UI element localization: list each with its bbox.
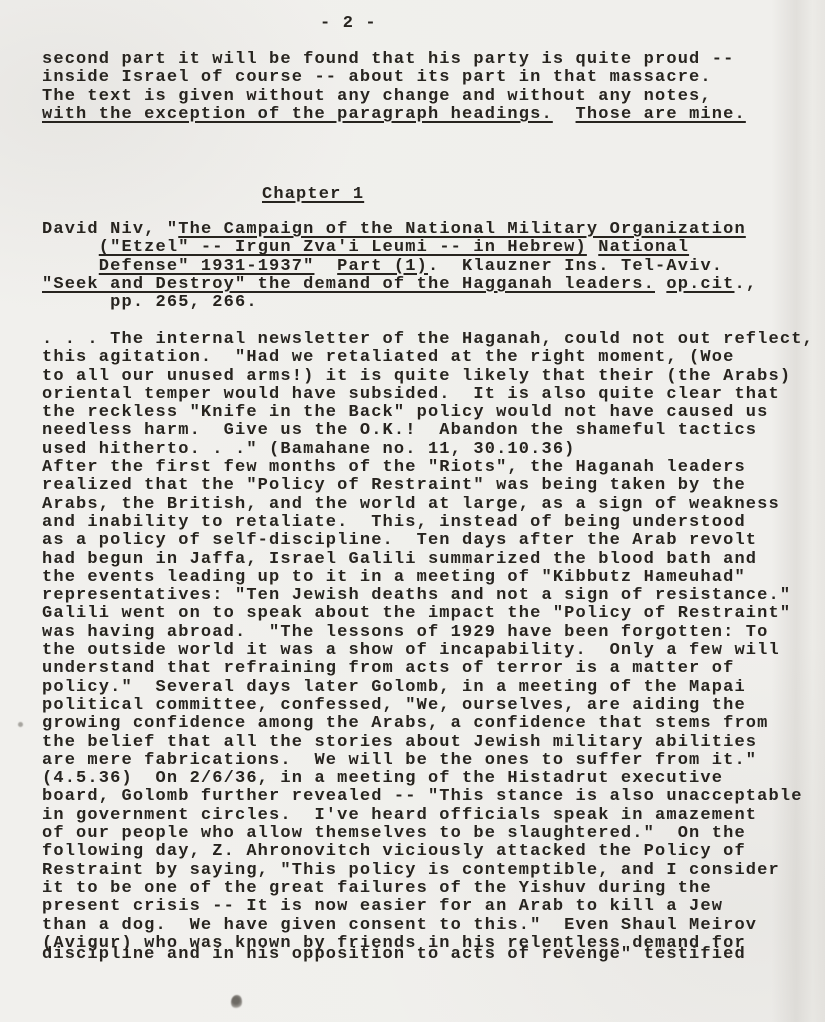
text-line: the belief that all the stories about Je… xyxy=(42,734,814,752)
chapter-heading: Chapter 1 xyxy=(262,186,364,204)
text-line: discipline and in his opposition to acts… xyxy=(42,946,814,964)
text-line: Defense" 1931-1937" Part (1). Klauzner I… xyxy=(42,258,757,276)
body-text: . . . The internal newsletter of the Hag… xyxy=(42,331,814,964)
text-line: David Niv, "The Campaign of the National… xyxy=(42,221,757,239)
text-line: second part it will be found that his pa… xyxy=(42,51,746,69)
text-line: realized that the "Policy of Restraint" … xyxy=(42,477,814,495)
text-line: growing confidence among the Arabs, a co… xyxy=(42,715,814,733)
text-line: oriental temper would have subsided. It … xyxy=(42,386,814,404)
text-line: After the first few months of the "Riots… xyxy=(42,459,814,477)
text-line: Arabs, the British, and the world at lar… xyxy=(42,496,814,514)
text-line: inside Israel of course -- about its par… xyxy=(42,69,746,87)
text-line: representatives: "Ten Jewish deaths and … xyxy=(42,587,814,605)
text-line: of our people who allow themselves to be… xyxy=(42,825,814,843)
stray-ink-dot xyxy=(18,722,23,727)
text-line: pp. 265, 266. xyxy=(42,294,757,312)
text-line: the outside world it was a show of incap… xyxy=(42,642,814,660)
citation-block: David Niv, "The Campaign of the National… xyxy=(42,221,757,312)
text-line: (4.5.36) On 2/6/36, in a meeting of the … xyxy=(42,770,814,788)
text-line: the reckless "Knife in the Back" policy … xyxy=(42,404,814,422)
text-line: Chapter 1 xyxy=(262,186,364,204)
page-number: - 2 - xyxy=(320,15,377,33)
text-line: and inability to retaliate. This, instea… xyxy=(42,514,814,532)
text-line: Restraint by saying, "This policy is con… xyxy=(42,862,814,880)
text-line: The text is given without any change and… xyxy=(42,88,746,106)
text-line: political committee, confessed, "We, our… xyxy=(42,697,814,715)
text-line: as a policy of self-discipline. Ten days… xyxy=(42,532,814,550)
text-line: understand that refraining from acts of … xyxy=(42,660,814,678)
text-line: policy." Several days later Golomb, in a… xyxy=(42,679,814,697)
text-line: the events leading up to it in a meeting… xyxy=(42,569,814,587)
text-line: board, Golomb further revealed -- "This … xyxy=(42,788,814,806)
text-line: it to be one of the great failures of th… xyxy=(42,880,814,898)
intro-paragraph: second part it will be found that his pa… xyxy=(42,51,746,124)
text-line: with the exception of the paragraph head… xyxy=(42,106,746,124)
text-line: are mere fabrications. We will be the on… xyxy=(42,752,814,770)
text-line: in government circles. I've heard offici… xyxy=(42,807,814,825)
text-line: used hitherto. . ." (Bamahane no. 11, 30… xyxy=(42,441,814,459)
text-line: ("Etzel" -- Irgun Zva'i Leumi -- in Hebr… xyxy=(42,239,757,257)
text-line: . . . The internal newsletter of the Hag… xyxy=(42,331,814,349)
text-line: "Seek and Destroy" the demand of the Hag… xyxy=(42,276,757,294)
text-line: following day, Z. Ahronovitch viciously … xyxy=(42,843,814,861)
text-line: had begun in Jaffa, Israel Galili summar… xyxy=(42,551,814,569)
text-line: Galili went on to speak about the impact… xyxy=(42,605,814,623)
ink-smudge xyxy=(231,995,242,1009)
text-line: to all our unused arms!) it is quite lik… xyxy=(42,368,814,386)
text-line: this agitation. "Had we retaliated at th… xyxy=(42,349,814,367)
text-line: present crisis -- It is now easier for a… xyxy=(42,898,814,916)
text-line: was having abroad. "The lessons of 1929 … xyxy=(42,624,814,642)
text-line: needless harm. Give us the O.K.! Abandon… xyxy=(42,422,814,440)
text-line: than a dog. We have given consent to thi… xyxy=(42,917,814,935)
